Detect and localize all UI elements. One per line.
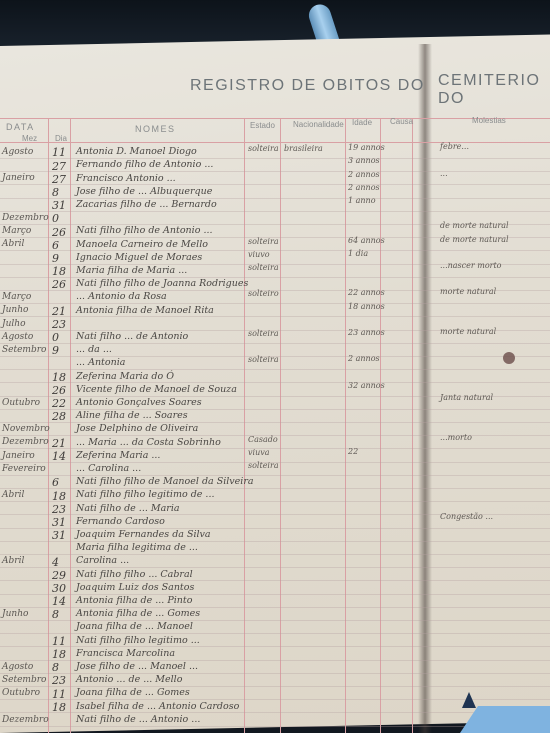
entry-name: Isabel filha de ... Antonio Cardoso: [76, 701, 239, 712]
entry-estado: solteira: [248, 263, 279, 272]
entry-name: Vicente filho de Manoel de Souza: [76, 384, 237, 395]
entry-day: 11: [52, 146, 66, 159]
entry-name: ... Carolina ...: [76, 463, 141, 474]
entry-name: Nati filho filho de Antonio ...: [76, 225, 213, 236]
entry-month: Abril: [2, 490, 24, 500]
book-gutter: [418, 44, 432, 733]
entry-day: 30: [52, 582, 66, 595]
entry-name: Zeferina Maria ...: [76, 450, 160, 461]
entry-name: Aline filha de ... Soares: [76, 410, 188, 421]
col-header-data: DATA: [6, 122, 35, 132]
entry-day: 18: [52, 490, 66, 503]
ink-stain: [503, 352, 515, 364]
entry-idade: 23 annos: [348, 328, 385, 337]
entry-day: 9: [52, 252, 59, 265]
entry-molestia: morte natural: [440, 327, 496, 336]
entry-month: Fevereiro: [2, 464, 46, 474]
entry-name: Nati filho filho de Manoel da Silveira: [76, 476, 254, 487]
entry-molestia: ...morto: [440, 433, 472, 442]
entry-name: Maria filha legitima de ...: [76, 542, 198, 553]
entry-day: 22: [52, 397, 66, 410]
entry-day: 27: [52, 173, 66, 186]
entry-name: Zeferina Maria do Ó: [76, 371, 174, 382]
entry-name: Nati filho de ... Antonio ...: [76, 714, 200, 725]
entry-idade: 22 annos: [348, 288, 385, 297]
entry-estado: solteira: [248, 237, 279, 246]
entry-month: Dezembro: [2, 437, 49, 447]
entry-molestia: de morte natural: [440, 221, 509, 230]
col-header-estado: Estado: [250, 121, 275, 130]
entry-day: 18: [52, 648, 66, 661]
entry-day: 26: [52, 226, 66, 239]
entry-month: Junho: [2, 305, 28, 315]
entry-nacionalidade: brasileira: [284, 144, 323, 153]
entry-idade: 19 annos: [348, 143, 385, 152]
entry-day: 11: [52, 635, 66, 648]
entry-estado: viuva: [248, 448, 270, 457]
entry-estado: Casado: [248, 435, 278, 444]
entry-day: 31: [52, 199, 66, 212]
entry-name: Joaquim Luiz dos Santos: [76, 582, 194, 593]
entry-day: 18: [52, 265, 66, 278]
entry-name: Francisco Antonio ...: [76, 173, 176, 184]
col-header-mes: Mez: [22, 134, 37, 143]
col-header-idade: Idade: [352, 118, 372, 127]
entry-idade: 32 annos: [348, 381, 385, 390]
entry-molestia: febre...: [440, 142, 469, 151]
entry-day: 6: [52, 239, 59, 252]
entry-day: 4: [52, 556, 59, 569]
entry-name: Maria filha de Maria ...: [76, 265, 187, 276]
entry-name: Joaquim Fernandes da Silva: [76, 529, 211, 540]
col-header-nacionalidade: Nacionalidade: [293, 120, 344, 129]
entry-idade: 1 dia: [348, 249, 368, 258]
entry-day: 6: [52, 476, 59, 489]
entry-name: ... Antonia: [76, 357, 125, 368]
entry-name: Antonia filha de Manoel Rita: [76, 305, 214, 316]
entry-day: 23: [52, 674, 66, 687]
entry-name: Francisca Marcolina: [76, 648, 175, 659]
entry-name: Jose Delphino de Oliveira: [76, 423, 198, 434]
entry-name: Manoela Carneiro de Mello: [76, 239, 208, 250]
entry-name: ... da ...: [76, 344, 112, 355]
entry-month: Dezembro: [2, 715, 49, 725]
entry-month: Agosto: [2, 147, 33, 157]
entry-name: Nati filho filho ... Cabral: [76, 569, 193, 580]
entry-name: Nati filho filho legitimo ...: [76, 635, 200, 646]
entry-molestia: ...: [440, 169, 448, 178]
entry-name: Joana filha de ... Manoel: [76, 621, 193, 632]
entry-day: 21: [52, 437, 66, 450]
header-top-rule: [0, 118, 550, 119]
entry-name: Antonia D. Manoel Diogo: [76, 146, 197, 157]
entry-idade: 2 annos: [348, 354, 380, 363]
col-header-causa: Causa: [390, 117, 413, 126]
entry-idade: 18 annos: [348, 302, 385, 311]
entry-month: Janeiro: [2, 451, 35, 461]
entry-estado: solteira: [248, 461, 279, 470]
entry-name: Fernando Cardoso: [76, 516, 165, 527]
entry-month: Julho: [2, 319, 26, 329]
entry-day: 31: [52, 529, 66, 542]
entry-name: ... Maria ... da Costa Sobrinho: [76, 437, 221, 448]
row-rule: [0, 316, 550, 317]
entry-day: 31: [52, 516, 66, 529]
col-header-molestias: Molestias: [472, 116, 506, 125]
entry-idade: 1 anno: [348, 196, 376, 205]
entry-name: Nati filho filho de Joanna Rodrigues: [76, 278, 248, 289]
entry-name: Nati filho de ... Maria: [76, 503, 180, 514]
entry-day: 28: [52, 410, 66, 423]
entry-molestia: Congestão ...: [440, 512, 493, 521]
entry-estado: solteira: [248, 329, 279, 338]
entry-name: Nati filho ... de Antonio: [76, 331, 188, 342]
entry-day: 27: [52, 160, 66, 173]
entry-name: Antonia filha de ... Gomes: [76, 608, 200, 619]
entry-molestia: Janta natural: [440, 393, 493, 402]
entry-molestia: de morte natural: [440, 235, 509, 244]
entry-day: 11: [52, 688, 66, 701]
entry-day: 26: [52, 278, 66, 291]
col-header-dia: Dia: [55, 134, 67, 143]
col-header-nomes: NOMES: [135, 124, 176, 134]
entry-day: 8: [52, 186, 59, 199]
entry-month: Outubro: [2, 398, 40, 408]
entry-month: Dezembro: [2, 213, 49, 223]
entry-name: Antonio ... de ... Mello: [76, 674, 182, 685]
entry-month: Outubro: [2, 688, 40, 698]
entry-name: Ignacio Miguel de Moraes: [76, 252, 202, 263]
entry-month: Novembro: [2, 424, 50, 434]
entry-name: ... Antonio da Rosa: [76, 291, 167, 302]
entry-month: Junho: [2, 609, 28, 619]
entry-idade: 22: [348, 447, 358, 456]
entry-name: Joana filha de ... Gomes: [76, 687, 190, 698]
entry-name: Jose filho de ... Albuquerque: [76, 186, 212, 197]
entry-day: 23: [52, 318, 66, 331]
entry-idade: 3 annos: [348, 156, 380, 165]
entry-month: Agosto: [2, 662, 33, 672]
entry-day: 14: [52, 595, 66, 608]
entry-month: Setembro: [2, 675, 46, 685]
entry-month: Janeiro: [2, 173, 35, 183]
entry-month: Setembro: [2, 345, 46, 355]
entry-day: 8: [52, 661, 59, 674]
entry-day: 18: [52, 371, 66, 384]
entry-month: Abril: [2, 556, 24, 566]
register-title-continued: CEMITERIO DO: [438, 72, 550, 108]
entry-idade: 2 annos: [348, 170, 380, 179]
entry-estado: solteiro: [248, 289, 279, 298]
entry-month: Março: [2, 292, 31, 302]
entry-day: 14: [52, 450, 66, 463]
entry-day: 21: [52, 305, 66, 318]
entry-name: Zacarias filho de ... Bernardo: [76, 199, 217, 210]
entry-day: 8: [52, 608, 59, 621]
entry-name: Carolina ...: [76, 555, 129, 566]
entry-molestia: ...nascer morto: [440, 261, 502, 270]
entry-day: 9: [52, 344, 59, 357]
entry-name: Fernando filho de Antonio ...: [76, 159, 213, 170]
entry-estado: viuvo: [248, 250, 270, 259]
entry-day: 29: [52, 569, 66, 582]
row-rule: [0, 211, 550, 212]
entry-day: 18: [52, 701, 66, 714]
entry-molestia: morte natural: [440, 287, 496, 296]
entry-day: 0: [52, 212, 59, 225]
entry-day: 0: [52, 331, 59, 344]
entry-name: Jose filho de ... Manoel ...: [76, 661, 198, 672]
entry-name: Antonio Gonçalves Soares: [76, 397, 202, 408]
entry-day: 26: [52, 384, 66, 397]
entry-month: Abril: [2, 239, 24, 249]
entry-estado: solteira: [248, 355, 279, 364]
entry-name: Antonia filha de ... Pinto: [76, 595, 192, 606]
entry-month: Março: [2, 226, 31, 236]
entry-day: 23: [52, 503, 66, 516]
entry-idade: 2 annos: [348, 183, 380, 192]
entry-idade: 64 annos: [348, 236, 385, 245]
register-title: REGISTRO DE OBITOS DO: [190, 77, 425, 95]
entry-estado: solteira: [248, 144, 279, 153]
entry-month: Agosto: [2, 332, 33, 342]
entry-name: Nati filho filho legitimo de ...: [76, 489, 214, 500]
